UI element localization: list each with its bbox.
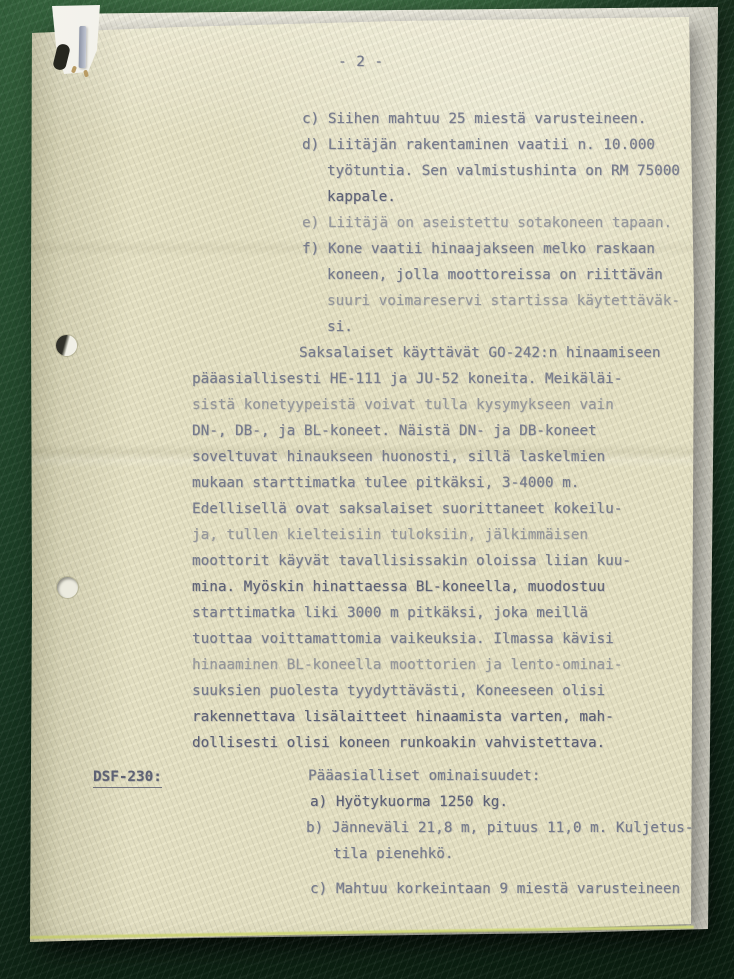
text-line: työtuntia. Sen valmistushinta on RM 7500… (327, 163, 680, 180)
text-line: b) Jänneväli 21,8 m, pituus 11,0 m. Kulj… (306, 820, 693, 837)
text-line: c) Siihen mahtuu 25 miestä varusteineen. (302, 111, 646, 128)
text-line: tila pienehkö. (333, 846, 454, 863)
section-label: DSF-230: (93, 769, 162, 788)
text-line: mukaan starttimatka tulee pitkäksi, 3-40… (192, 475, 579, 492)
text-line: c) Mahtuu korkeintaan 9 miestä varustein… (310, 881, 680, 898)
text-line: a) Hyötykuorma 1250 kg. (310, 794, 508, 811)
text-line: mina. Myöskin hinattaessa BL-koneella, m… (192, 579, 605, 596)
text-line: Saksalaiset käyttävät GO-242:n hinaamise… (299, 345, 661, 362)
text-line: moottorit käyvät tavallisissakin oloissa… (192, 553, 631, 570)
text-line: DN-, DB-, ja BL-koneet. Näistä DN- ja DB… (192, 423, 597, 440)
text-line: d) Liitäjän rakentaminen vaatii n. 10.00… (302, 137, 655, 154)
text-line: sistä konetyypeistä voivat tulla kysymyk… (192, 397, 614, 414)
text-line: suuri voimareservi startissa käytettäväk… (327, 293, 680, 310)
text-line: Pääasialliset ominaisuudet: (308, 768, 540, 785)
text-line: koneen, jolla moottoreissa on riittävän (327, 267, 663, 284)
text-line: kappale. (327, 189, 396, 206)
text-line: soveltuvat hinaukseen huonosti, sillä la… (192, 449, 605, 466)
photo-of-document: - 2 -c) Siihen mahtuu 25 miestä varustei… (0, 0, 734, 979)
typewritten-text: - 2 -c) Siihen mahtuu 25 miestä varustei… (0, 0, 734, 979)
staple-mark (79, 26, 86, 68)
text-line: suuksien puolesta tyydyttävästi, Koneese… (192, 683, 605, 700)
text-line: starttimatka liki 3000 m pitkäksi, joka … (192, 605, 588, 622)
text-line: rakennettava lisälaitteet hinaamista var… (192, 709, 614, 726)
text-line: pääasiallisesti HE-111 ja JU-52 koneita.… (192, 371, 622, 388)
text-line: hinaaminen BL-koneella moottorien ja len… (192, 657, 622, 674)
text-line: ja, tullen kielteisiin tuloksiin, jälkim… (192, 527, 588, 544)
text-line: dollisesti olisi koneen runkoakin vahvis… (192, 735, 605, 752)
text-line: tuottaa voittamattomia vaikeuksia. Ilmas… (192, 631, 614, 648)
text-line: f) Kone vaatii hinaajakseen melko raskaa… (302, 241, 655, 258)
page-number: - 2 - (338, 54, 384, 71)
text-line: e) Liitäjä on aseistettu sotakoneen tapa… (302, 215, 672, 232)
text-line: si. (327, 319, 353, 336)
text-line: Edellisellä ovat saksalaiset suorittanee… (192, 501, 622, 518)
